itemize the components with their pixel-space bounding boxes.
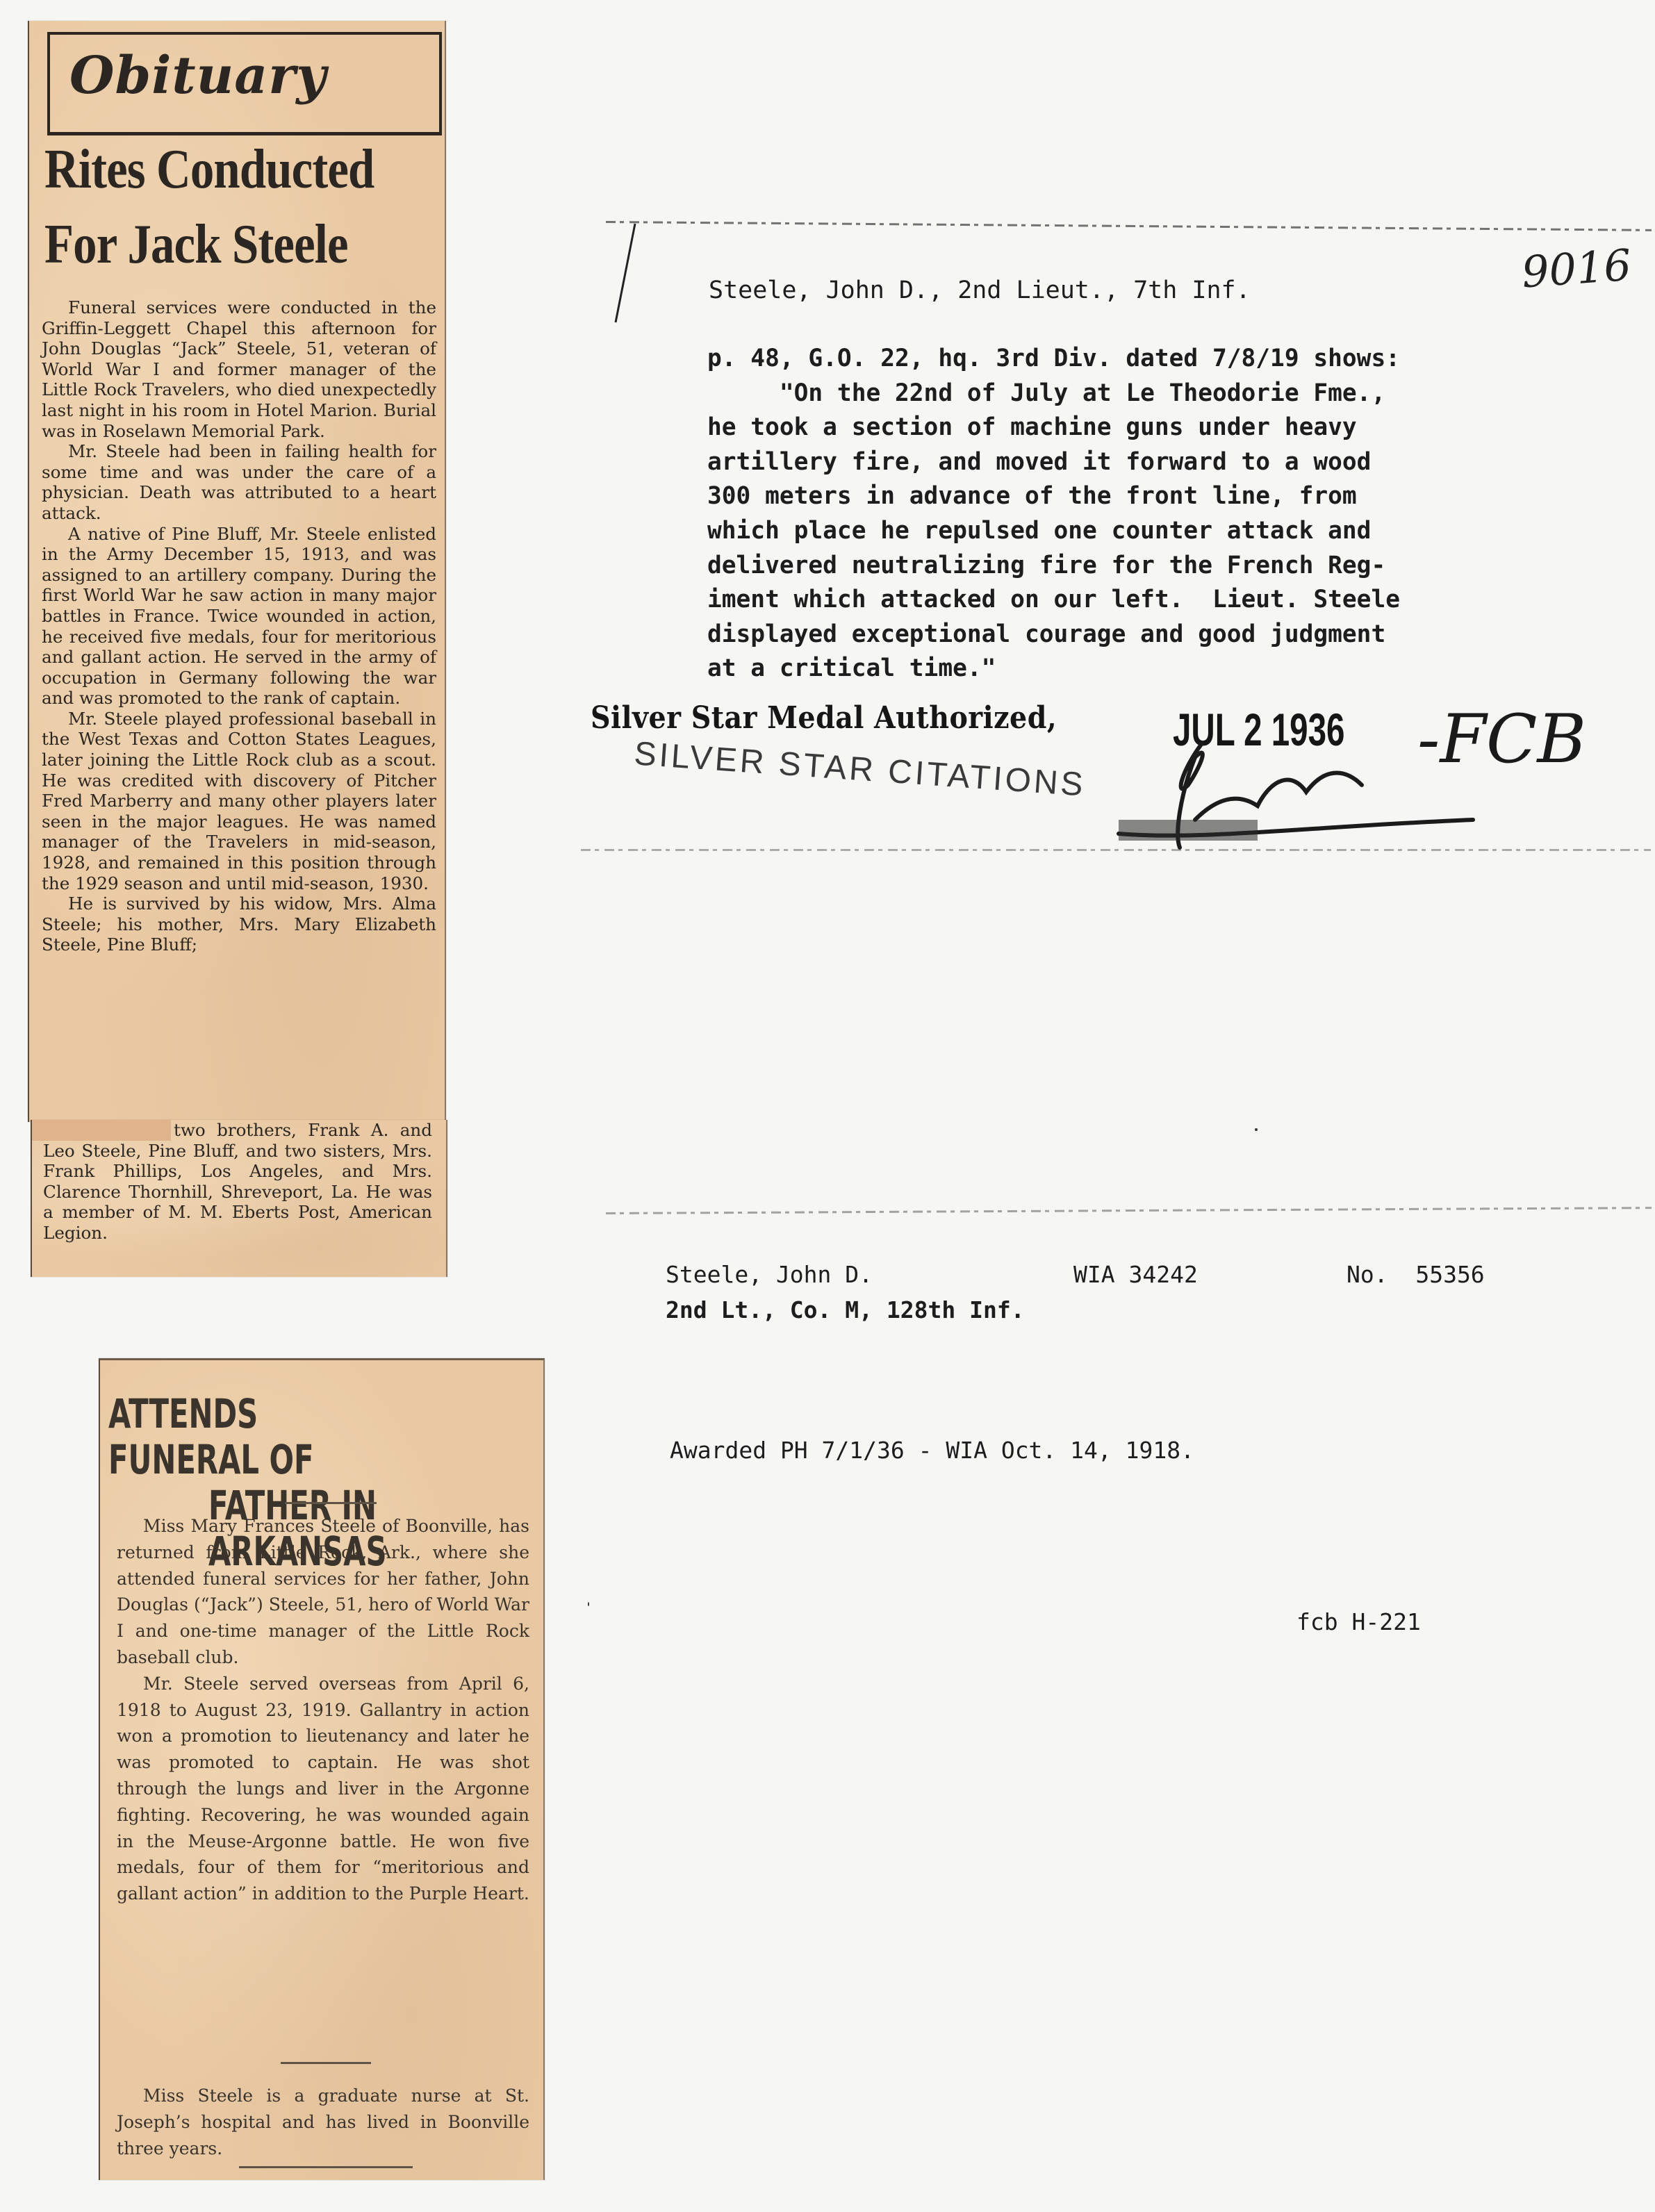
obituary-paragraph: He is survived by his widow, Mrs. Alma S… <box>42 893 436 955</box>
record-reference: fcb H-221 <box>1296 1608 1421 1635</box>
funeral-closing-body: Miss Steele is a graduate nurse at St. J… <box>117 2083 529 2161</box>
obituary-headline-line2: For Jack Steele <box>44 207 385 282</box>
paper-speck <box>1255 1128 1258 1131</box>
record-wia-number: WIA 34242 <box>1073 1261 1198 1288</box>
divider-rule <box>239 2166 413 2168</box>
obituary-continuation-paragraph: two brothers, Frank A. and Leo Steele, P… <box>43 1120 432 1244</box>
funeral-paragraph: Mr. Steele served overseas from April 6,… <box>117 1671 529 1907</box>
funeral-headline-line1: ATTENDS FUNERAL OF <box>108 1391 418 1483</box>
funeral-paragraph: Miss Mary Frances Steele of Boonville, h… <box>117 1513 529 1671</box>
citation-header: Steele, John D., 2nd Lieut., 7th Inf. <box>709 276 1251 304</box>
divider-rule <box>285 1502 377 1504</box>
divider-rule <box>281 2062 371 2064</box>
obituary-headline: Rites Conducted For Jack Steele <box>44 132 385 282</box>
obituary-banner: Obituary <box>47 32 442 135</box>
funeral-closing-paragraph: Miss Steele is a graduate nurse at St. J… <box>117 2083 529 2161</box>
record-award: Awarded PH 7/1/36 - WIA Oct. 14, 1918. <box>670 1437 1194 1464</box>
obituary-continuation-clipping: two brothers, Frank A. and Leo Steele, P… <box>31 1120 447 1277</box>
obituary-continuation-body: two brothers, Frank A. and Leo Steele, P… <box>43 1120 432 1244</box>
citation-body: p. 48, G.O. 22, hq. 3rd Div. dated 7/8/1… <box>707 342 1400 686</box>
record-name: Steele, John D. <box>666 1261 873 1288</box>
funeral-body: Miss Mary Frances Steele of Boonville, h… <box>117 1513 529 1907</box>
obituary-clipping: Obituary Rites Conducted For Jack Steele… <box>28 21 446 1122</box>
check-mark-icon <box>611 221 639 325</box>
record-number: No. 55356 <box>1347 1261 1485 1288</box>
record-unit: 2nd Lt., Co. M, 128th Inf. <box>666 1296 1025 1323</box>
card-top-border <box>606 221 1652 231</box>
paper-speck <box>588 1602 589 1606</box>
obituary-headline-line1: Rites Conducted <box>44 132 385 207</box>
signature-scrawl-icon <box>1098 716 1487 855</box>
obituary-banner-text: Obituary <box>69 46 327 106</box>
obituary-paragraph: Mr. Steele played professional baseball … <box>42 709 436 893</box>
obituary-paragraph: Funeral services were conducted in the G… <box>42 297 436 441</box>
stamp-silver-star-authorized: Silver Star Medal Authorized, <box>591 700 1057 736</box>
stamp-silver-star-citations: SILVER STAR CITATIONS <box>633 734 1087 804</box>
obituary-body: Funeral services were conducted in the G… <box>42 297 436 955</box>
handwritten-file-number: 9016 <box>1520 240 1633 298</box>
obituary-paragraph: Mr. Steele had been in failing health fo… <box>42 441 436 523</box>
funeral-clipping: ATTENDS FUNERAL OF FATHER IN ARKANSAS Mi… <box>99 1358 545 2180</box>
card-top-border <box>606 1207 1652 1214</box>
obituary-paragraph: A native of Pine Bluff, Mr. Steele enlis… <box>42 524 436 709</box>
